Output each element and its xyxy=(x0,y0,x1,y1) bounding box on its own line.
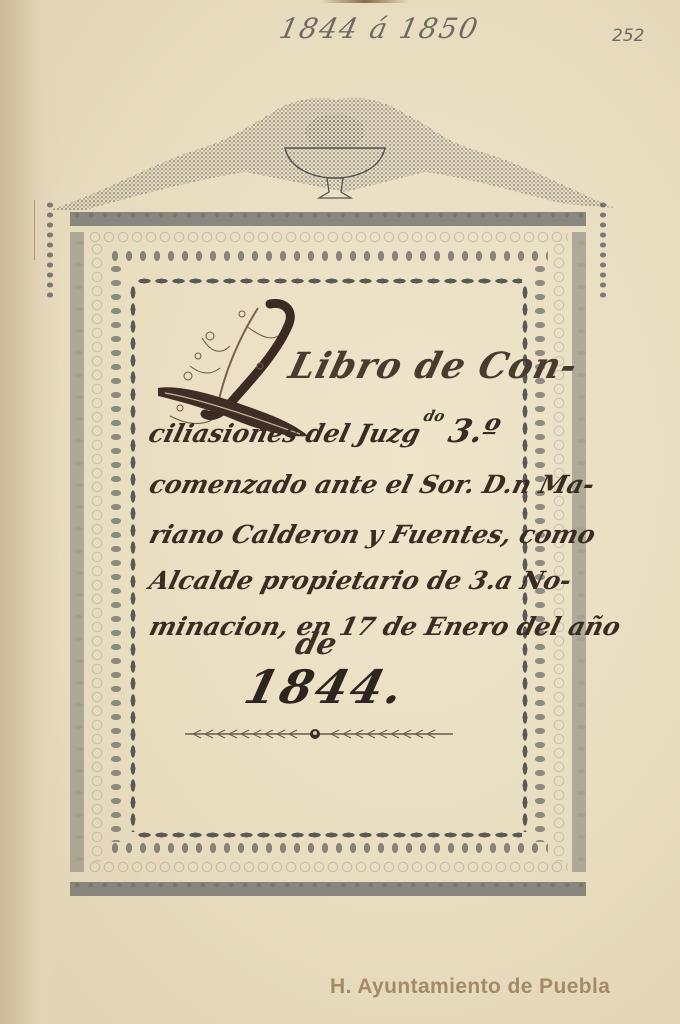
border-leaf-column-left xyxy=(106,262,126,842)
line-1-number: 3.º xyxy=(445,412,504,450)
border-dot-column-right xyxy=(552,242,566,862)
border-fleur-column-left xyxy=(66,232,88,872)
fruit-bowl-crest-icon xyxy=(45,92,620,212)
top-edge-shadow xyxy=(320,0,410,3)
title-libro-de-con: Libro de Con- xyxy=(285,345,583,387)
manuscript-page: 1844 á 1850 252 xyxy=(0,0,680,1024)
script-line-1: ciliasiones del Juzgdo 3.º xyxy=(145,412,503,450)
border-dot-column-left xyxy=(90,242,104,862)
archive-watermark: H. Ayuntamiento de Puebla xyxy=(330,975,610,999)
frame-edge-top xyxy=(136,278,522,284)
gutter-mark xyxy=(34,200,35,260)
line-1-superscript: do xyxy=(422,407,447,425)
script-line-2: comenzado ante el Sor. D.n Ma- xyxy=(146,470,597,499)
script-line-5: minacion, en 17 de Enero del año xyxy=(146,612,623,641)
border-leaf-row-top xyxy=(108,246,548,266)
frame-edge-bottom xyxy=(136,832,522,838)
script-line-4: Alcalde propietario de 3.a No- xyxy=(146,566,574,595)
frame-edge-left xyxy=(130,284,136,832)
border-dot-row-bottom xyxy=(88,860,568,874)
border-dot-row-top xyxy=(88,230,568,244)
folio-number: 252 xyxy=(612,26,644,46)
script-year: 1844. xyxy=(239,660,412,714)
line-1-text: ciliasiones del Juzg xyxy=(146,419,424,448)
script-line-3: riano Calderon y Fuentes, como xyxy=(146,520,598,549)
border-fleur-row-bottom xyxy=(70,876,586,898)
laurel-flourish-icon xyxy=(183,724,455,744)
pencil-date-range: 1844 á 1850 xyxy=(276,12,482,45)
border-fleur-row-top xyxy=(70,206,586,228)
border-leaf-row-bottom xyxy=(108,838,548,858)
border-fleur-column-right xyxy=(568,232,590,872)
